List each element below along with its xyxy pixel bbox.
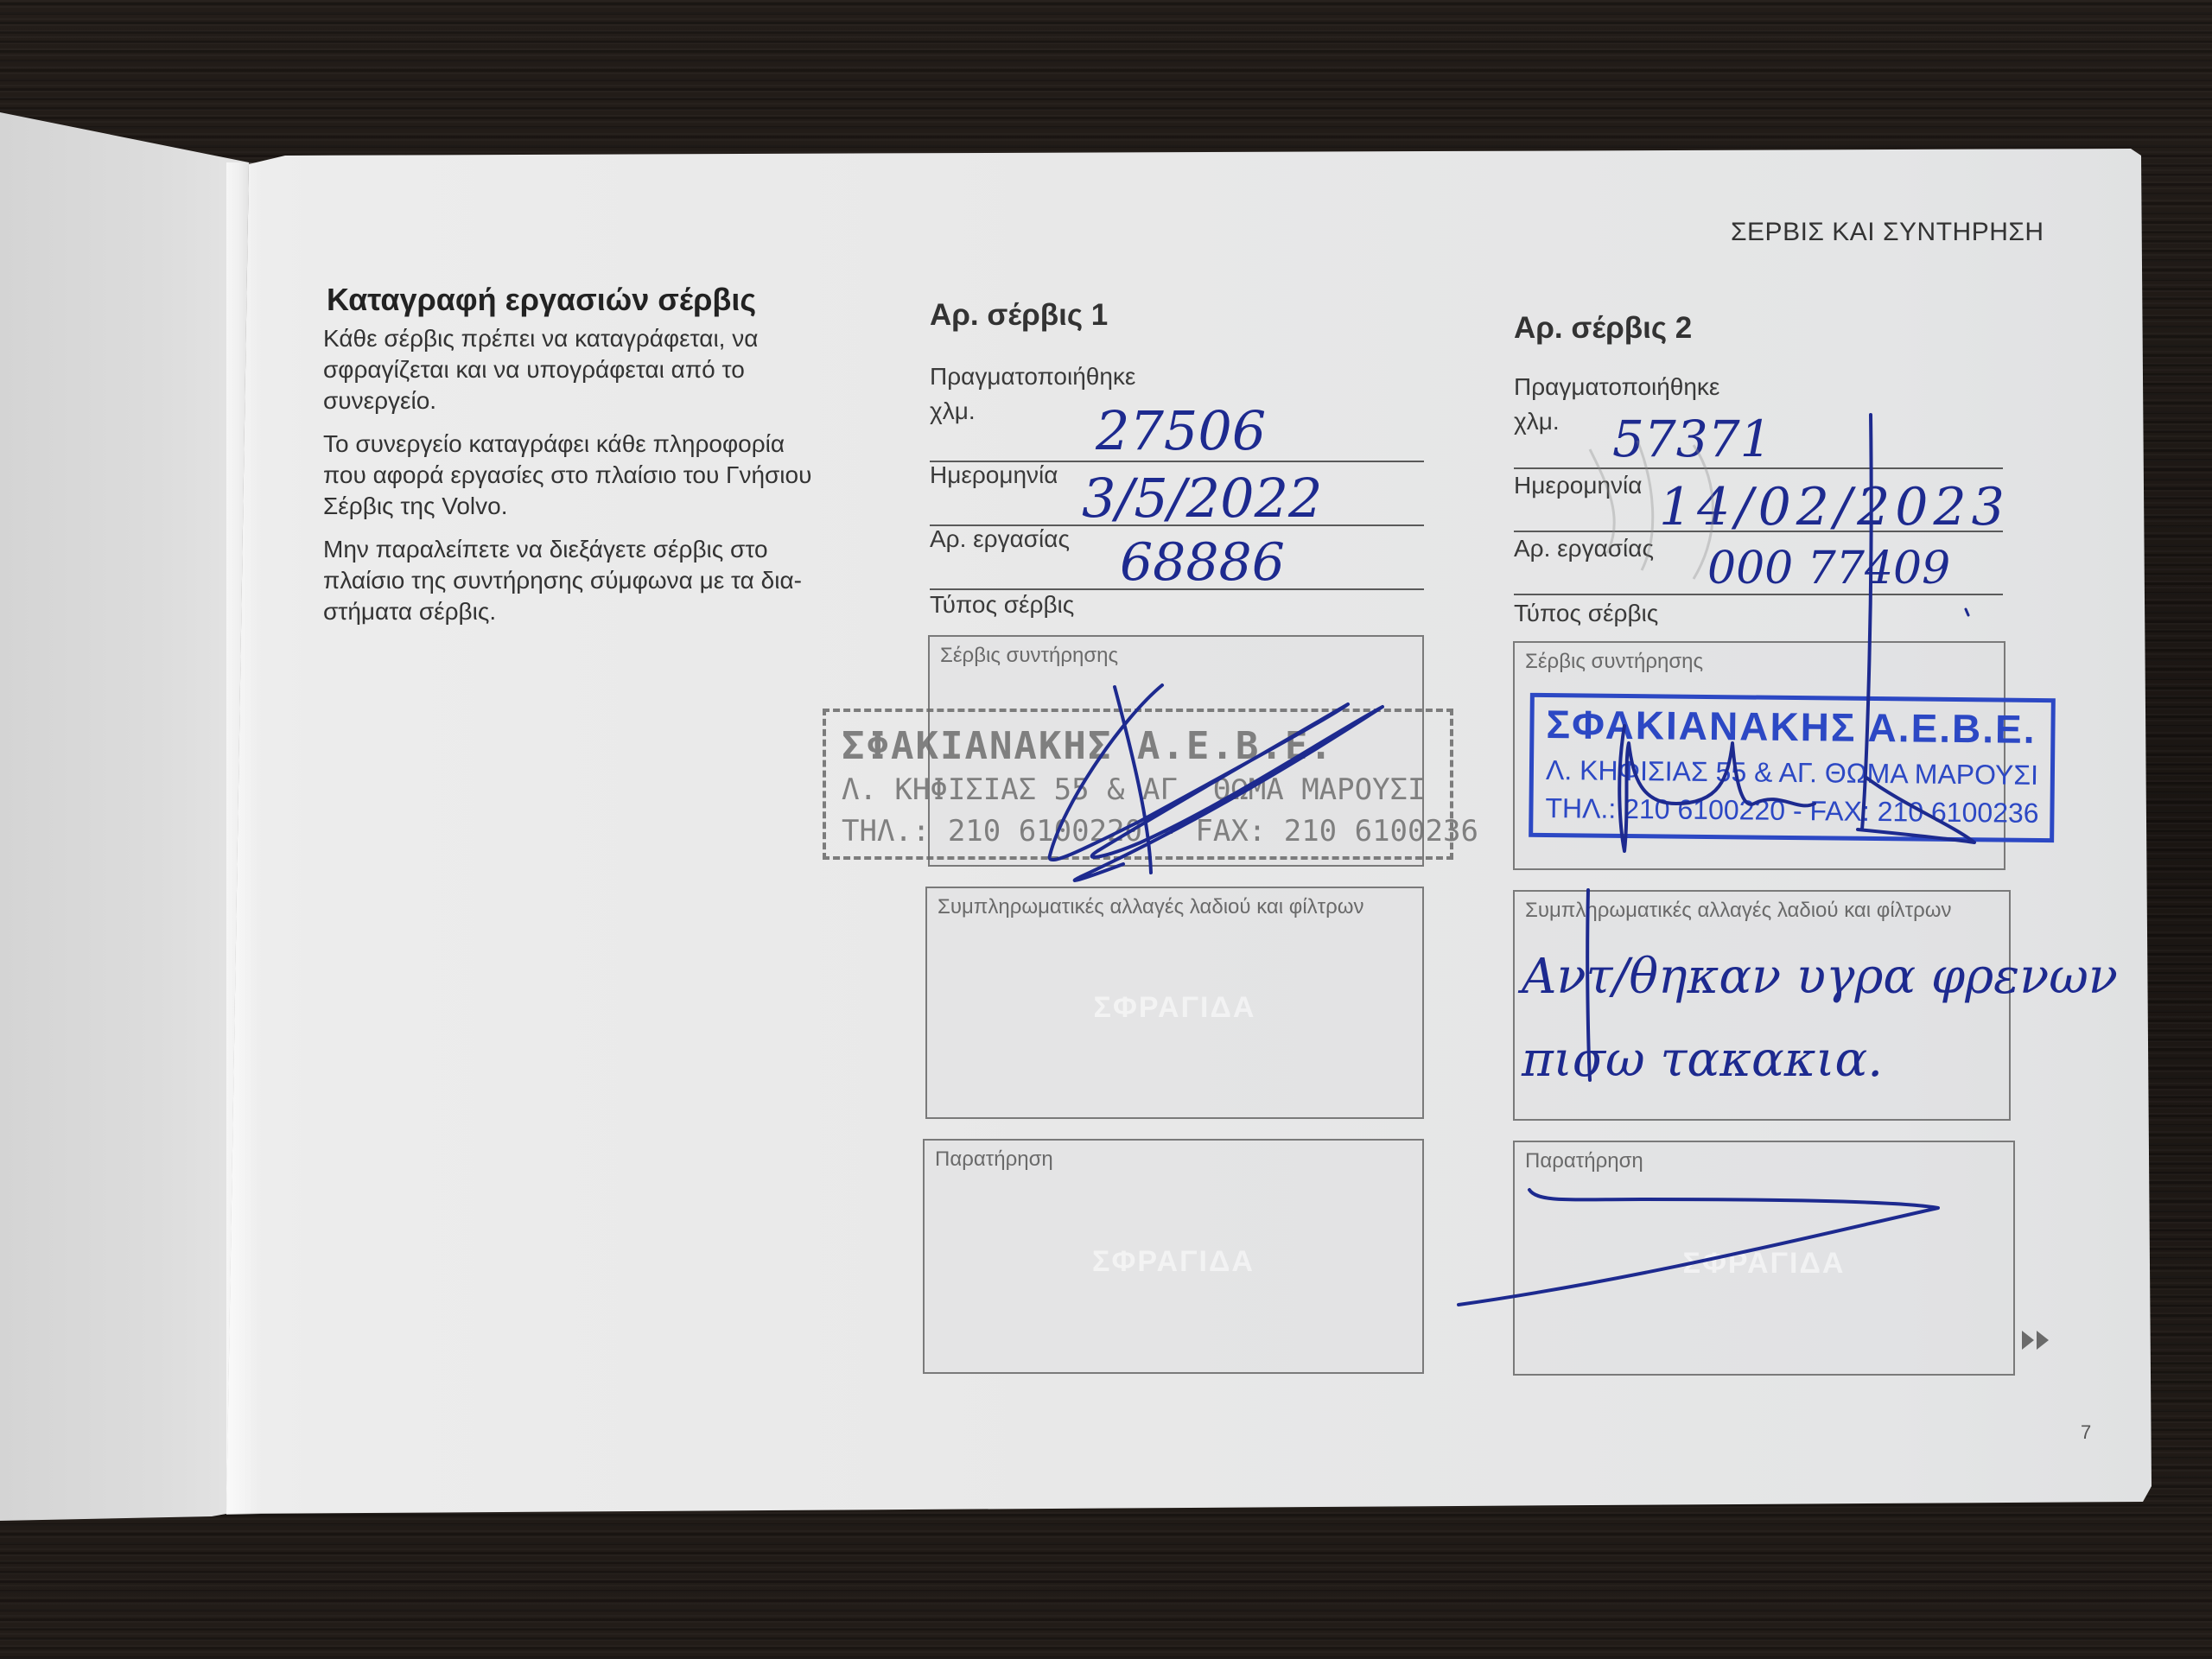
job-number-label: Αρ. εργασίας	[1514, 535, 1654, 563]
stamp-company-name: ΣΦΑΚΙΑΝΑΚΗΣ Α.Ε.Β.Ε.	[842, 724, 1334, 768]
service-type-label: Τύπος σέρβις	[930, 591, 1074, 619]
running-header: ΣΕΡΒΙΣ ΚΑΙ ΣΥΝΤΗΡΗΣΗ	[1731, 218, 2044, 247]
stamp-watermark: ΣΦΡΑΓΙΔΑ	[927, 991, 1422, 1025]
service-2-dealer-stamp: ΣΦΑΚΙΑΝΑΚΗΣ Α.Ε.Β.Ε. Λ. ΚΗΦΙΣΙΑΣ 55 & ΑΓ…	[1529, 693, 2056, 842]
service-2-remarks-box[interactable]: Παρατήρηση ΣΦΡΑΓΙΔΑ	[1513, 1141, 2015, 1376]
job-number-label: Αρ. εργασίας	[930, 525, 1070, 553]
mileage-label: Πραγματοποιήθηκε	[930, 363, 1135, 391]
text-line: Μην παραλείπετε να διεξάγετε σέρβις στο	[323, 534, 859, 565]
box-label: Σέρβις συντήρησης	[1525, 650, 1703, 674]
box-label: Συμπληρωματικές αλλαγές λαδιού και φίλτρ…	[1525, 899, 1952, 923]
text-line: συνεργείο.	[323, 385, 859, 416]
date-label: Ημερομηνία	[930, 461, 1058, 489]
box-label: Παρατήρηση	[935, 1147, 1053, 1172]
text-line: Το συνεργείο καταγράφει κάθε πληροφορία	[323, 429, 859, 460]
text-line: Κάθε σέρβις πρέπει να καταγράφεται, να	[323, 323, 859, 354]
service-1-oil-filters-box[interactable]: Συμπληρωματικές αλλαγές λαδιού και φίλτρ…	[925, 887, 1424, 1119]
service-1-heading: Αρ. σέρβις 1	[930, 298, 1108, 333]
stamp-address: Λ. ΚΗΦΙΣΙΑΣ 55 & ΑΓ. ΘΩΜΑ ΜΑΡΟΥΣΙ	[1546, 754, 2038, 791]
service-2-job-number-value[interactable]: 000 77409	[1707, 543, 1950, 594]
stamp-watermark: ΣΦΡΑΓΙΔΑ	[1515, 1247, 2013, 1281]
text-line: σφραγίζεται και να υπογράφεται από το	[323, 354, 859, 385]
stamp-phone-fax: ΤΗΛ.: 210 6100220 - FAX: 210 6100236	[842, 814, 1478, 849]
service-2-mileage-value[interactable]: 57371	[1612, 410, 1772, 468]
stamp-company-name: ΣΦΑΚΙΑΝΑΚΗΣ Α.Ε.Β.Ε.	[1546, 701, 2037, 753]
service-type-label: Τύπος σέρβις	[1514, 600, 1658, 627]
box-label: Παρατήρηση	[1525, 1149, 1643, 1173]
text-line: Σέρβις της Volvo.	[323, 491, 859, 522]
intro-paragraph-1: Κάθε σέρβις πρέπει να καταγράφεται, να σ…	[323, 323, 859, 416]
mileage-label: Πραγματοποιήθηκε	[1514, 373, 1719, 401]
service-2-oil-filters-box[interactable]: Συμπληρωματικές αλλαγές λαδιού και φίλτρ…	[1513, 890, 2011, 1121]
box-label: Σέρβις συντήρησης	[940, 644, 1118, 668]
service-2-date-value[interactable]: 14/02/2023	[1659, 477, 2010, 537]
mileage-line	[1514, 467, 2003, 469]
service-1-job-number-value[interactable]: 68886	[1120, 532, 1285, 593]
text-line: στήματα σέρβις.	[323, 596, 859, 627]
section-title: Καταγραφή εργασιών σέρβις	[327, 282, 756, 318]
stamp-phone-fax: ΤΗΛ.: 210 6100220 - FAX: 210 6100236	[1545, 792, 2038, 829]
mileage-unit-label: χλμ.	[1514, 408, 1560, 435]
job-number-line	[1514, 594, 2003, 595]
service-1-mileage-value[interactable]: 27506	[1096, 399, 1266, 462]
service-1-dealer-stamp: ΣΦΑΚΙΑΝΑΚΗΣ Α.Ε.Β.Ε. Λ. ΚΗΦΙΣΙΑΣ 55 & ΑΓ…	[823, 709, 1453, 860]
box-label: Συμπληρωματικές αλλαγές λαδιού και φίλτρ…	[938, 895, 1364, 919]
book-spine	[226, 162, 261, 1515]
service-1-remarks-box[interactable]: Παρατήρηση ΣΦΡΑΓΙΔΑ	[923, 1139, 1424, 1374]
stamp-address: Λ. ΚΗΦΙΣΙΑΣ 55 & ΑΓ. ΘΩΜΑ ΜΑΡΟΥΣΙ	[842, 772, 1426, 807]
text-line: πλαίσιο της συντήρησης σύμφωνα με τα δια…	[323, 565, 859, 596]
job-number-line	[930, 588, 1424, 590]
service-2-heading: Αρ. σέρβις 2	[1514, 311, 1692, 346]
mileage-unit-label: χλμ.	[930, 397, 976, 425]
service-2-oil-filters-note-line-2[interactable]: πισω τακακια.	[1522, 1032, 1883, 1088]
stamp-watermark: ΣΦΡΑΓΙΔΑ	[925, 1245, 1422, 1279]
text-line: που αφορά εργασίες στο πλαίσιο του Γνήσι…	[323, 460, 859, 491]
date-line	[1514, 531, 2003, 532]
intro-paragraph-3: Μην παραλείπετε να διεξάγετε σέρβις στο …	[323, 534, 859, 627]
service-1-date-value[interactable]: 3/5/2022	[1082, 467, 1322, 530]
page-number: 7	[2081, 1421, 2091, 1444]
intro-paragraph-2: Το συνεργείο καταγράφει κάθε πληροφορία …	[323, 429, 859, 522]
left-page-blank	[0, 0, 259, 1659]
fast-forward-icon	[2022, 1331, 2051, 1350]
service-2-oil-filters-note-line-1[interactable]: Αντ/θηκαν υγρα φρενων	[1522, 949, 2118, 1005]
date-label: Ημερομηνία	[1514, 472, 1642, 499]
